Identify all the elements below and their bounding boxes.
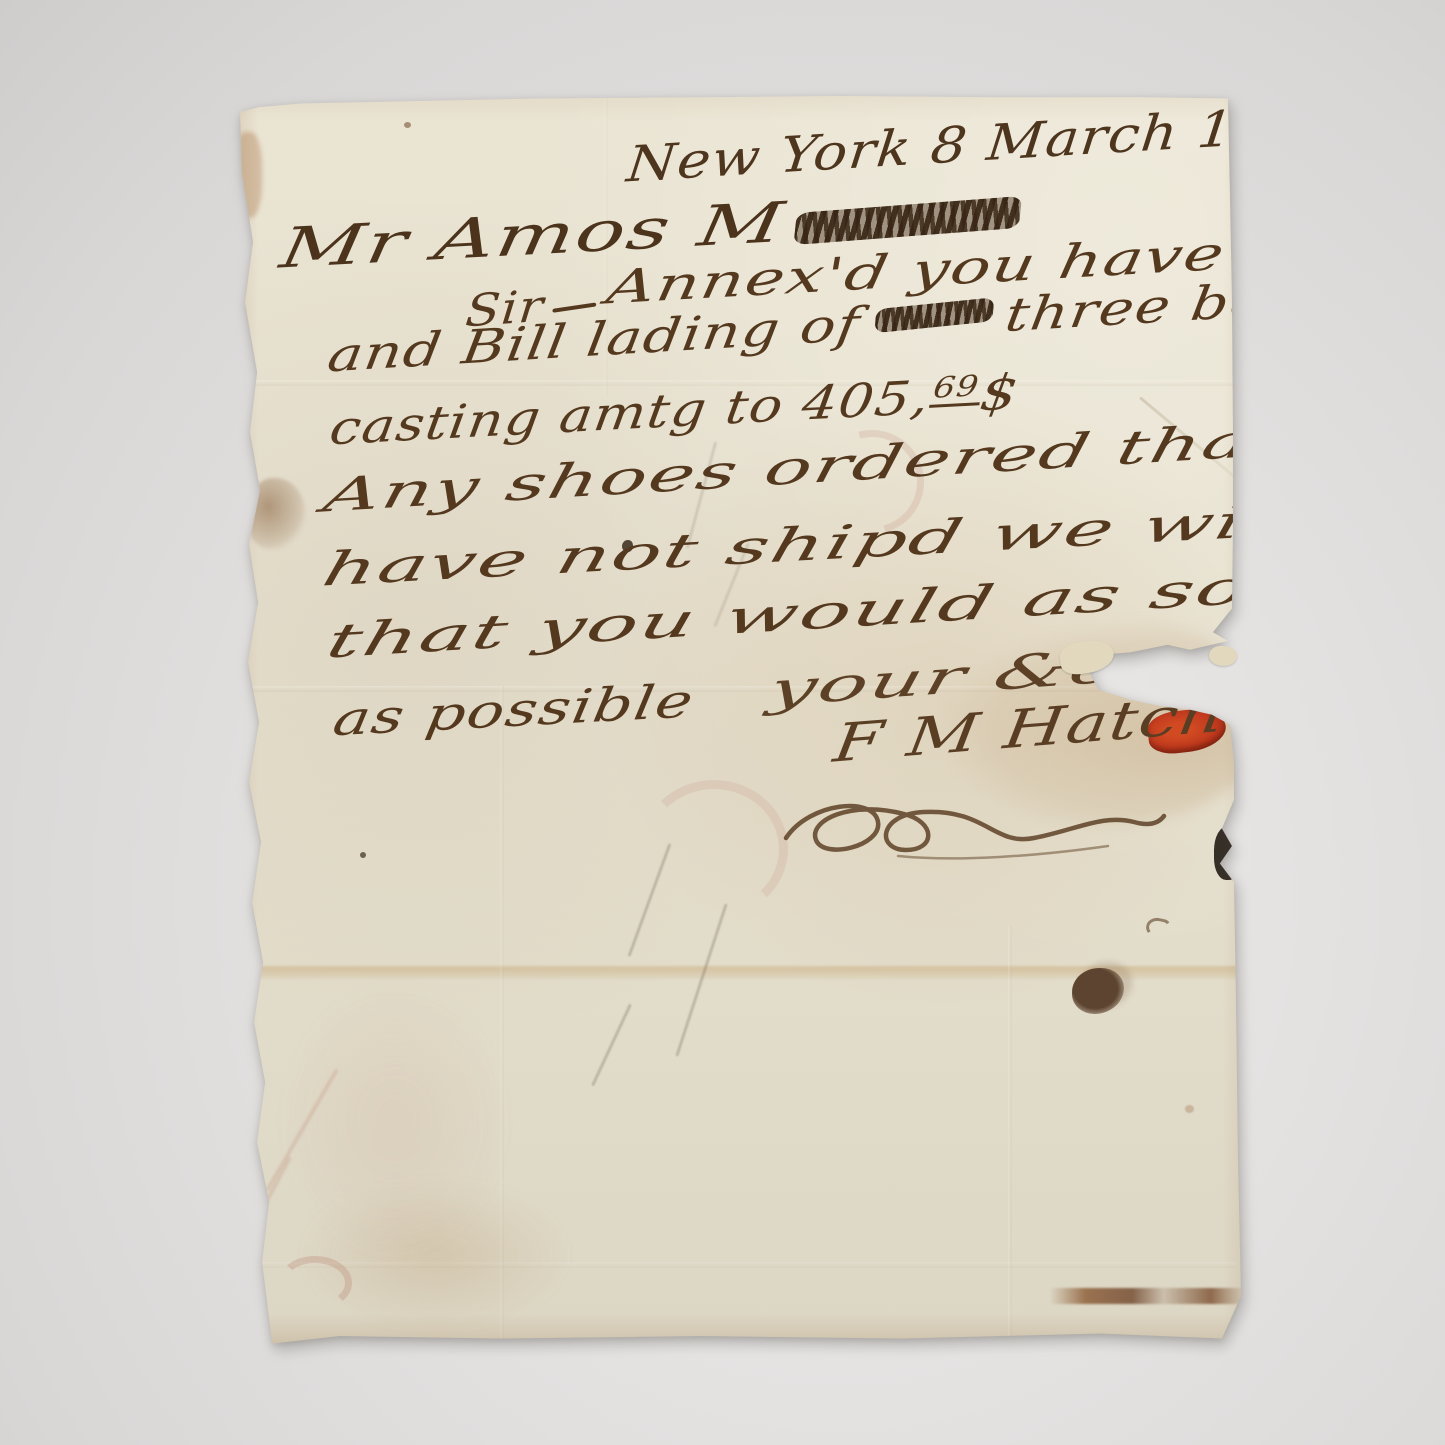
ink-scribble-over-name: [794, 196, 1023, 245]
black-edge-mark: [1214, 826, 1244, 880]
ghost-pencil-stroke: [591, 1004, 632, 1087]
fold-crease-bottom: [244, 1262, 1237, 1268]
letter-paper-wrap: New York 8 March 1814 Mr Amos M Sir Anne…: [0, 0, 1445, 1445]
letter-paper: New York 8 March 1814 Mr Amos M Sir Anne…: [238, 96, 1243, 1346]
amount-cents-superscript: 69: [928, 369, 984, 408]
faint-stain-speck: [1185, 1105, 1194, 1113]
small-pen-curl-mark: [1144, 916, 1172, 941]
small-ink-speck: [360, 852, 366, 858]
ghost-red-writing: [265, 1068, 338, 1191]
fold-crease-vertical-left: [500, 686, 504, 1346]
salutation-dash: [553, 302, 597, 312]
bottom-left-tan-stain: [300, 1180, 570, 1330]
fold-crease-vertical-right: [1008, 926, 1012, 1346]
photo-of-letter: New York 8 March 1814 Mr Amos M Sir Anne…: [0, 0, 1445, 1445]
ink-scribble-over-word: [875, 297, 995, 333]
brown-ink-blot: [1072, 968, 1124, 1014]
fold-crease-stained: [244, 966, 1237, 979]
ghost-red-writing: [232, 1156, 292, 1264]
ghost-pencil-stroke: [675, 903, 727, 1056]
ghost-red-writing: [278, 1256, 352, 1310]
corner-browning: [234, 132, 262, 218]
ghost-red-seal-trace: [640, 780, 788, 918]
dollar-sign: $: [977, 364, 1023, 422]
bottom-edge-stain-streak: [1050, 1288, 1246, 1304]
signature-flourish: [778, 784, 1170, 876]
body-line-7: as possible: [329, 673, 698, 746]
foxing-speck: [404, 122, 411, 128]
bleedthrough-cloud: [280, 980, 510, 1260]
left-edge-smudge-stain: [248, 478, 306, 550]
